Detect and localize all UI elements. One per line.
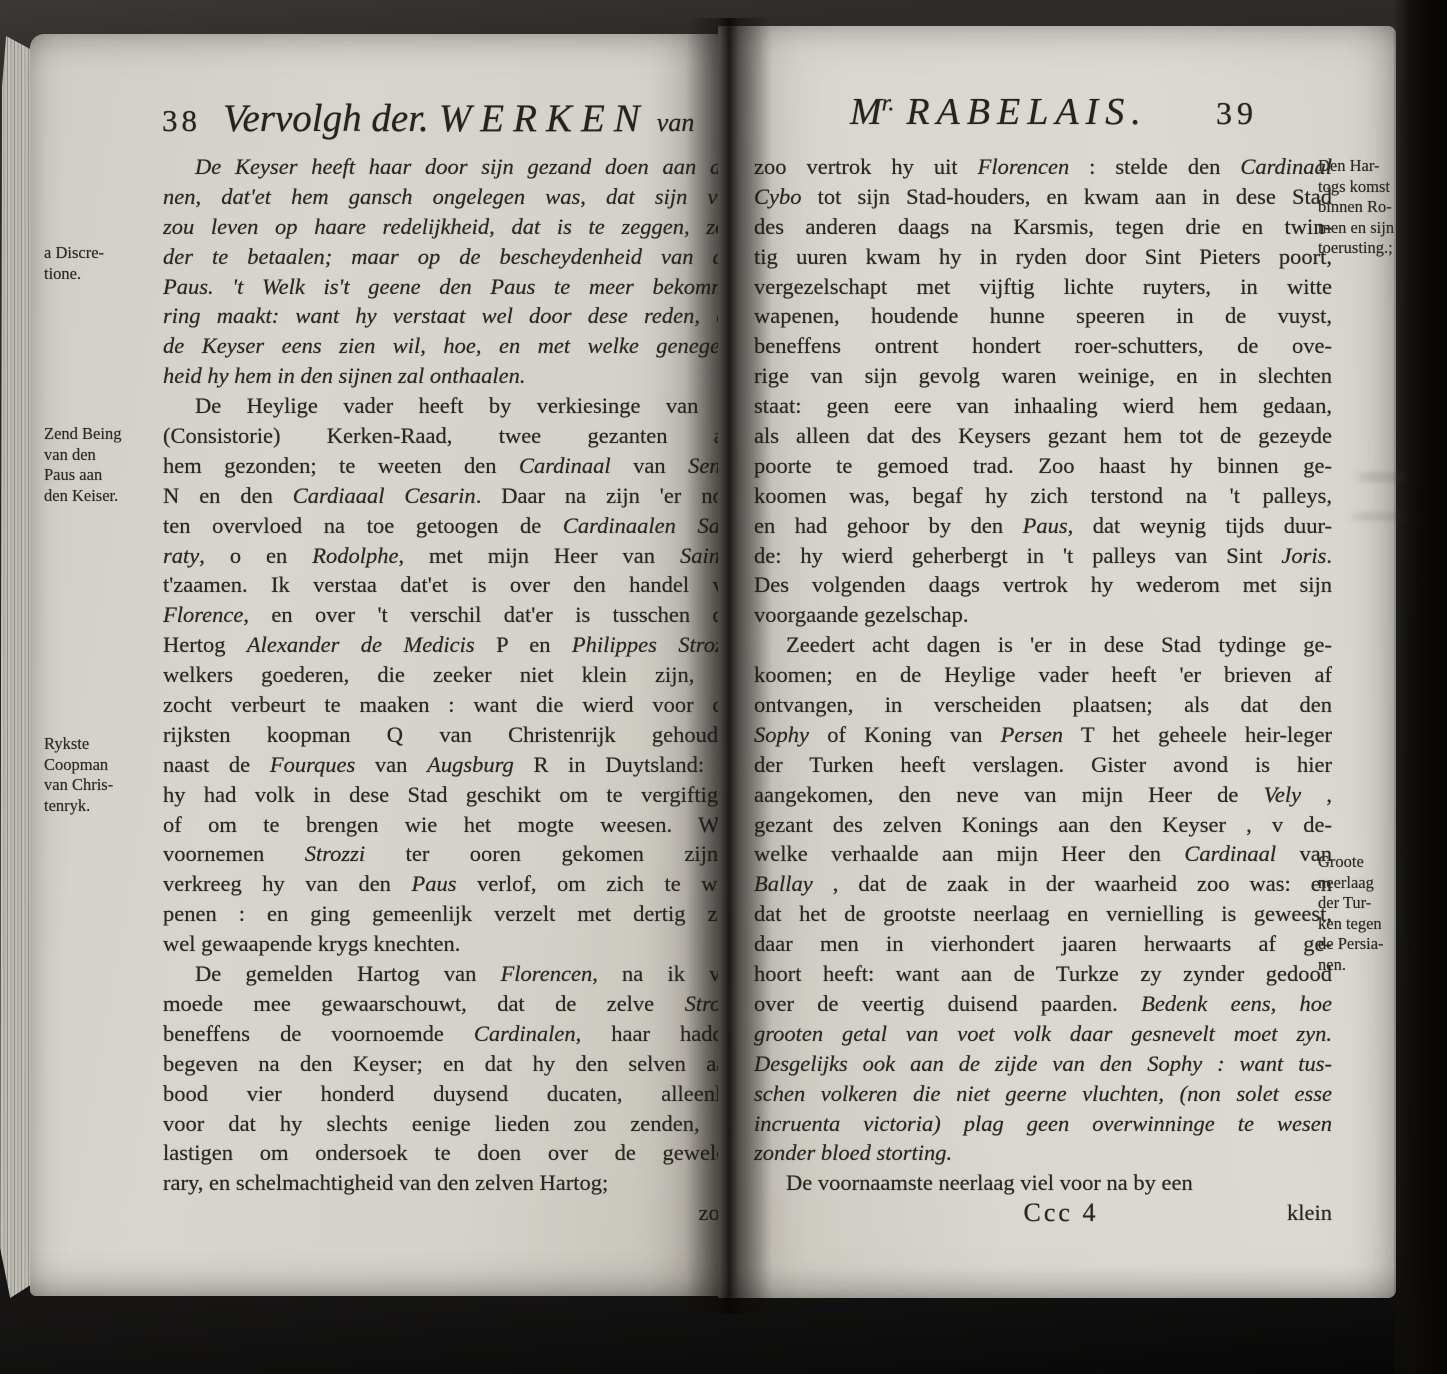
text-line: grooten getal van voet volk daar gesneve… — [754, 1019, 1332, 1049]
text-line: Florence, en over 't verschil dat'er is … — [163, 600, 745, 630]
text-line: voor dat hy slechts eenige lieden zou ze… — [163, 1109, 745, 1139]
text-line: zocht verbeurt te maaken : want die wier… — [163, 690, 745, 720]
right-page: Mr. RABELAIS. 39 zoo vertrok hy uit Flor… — [718, 26, 1396, 1298]
book-right-edge — [1394, 0, 1447, 1374]
paragraph: Zeedert acht dagen is 'er in dese Stad t… — [754, 630, 1332, 1168]
text-line: incruenta victoria) plag geen overwinnin… — [754, 1109, 1332, 1139]
text-line: vergezelschapt met vijftig lichte ruyter… — [754, 272, 1332, 302]
running-title-right-caps: RABELAIS. — [906, 90, 1147, 134]
left-text-column: De Keyser heeft haar door sijn gezand do… — [163, 152, 745, 1228]
text-line: voorgaande gezelschap. — [754, 600, 1332, 630]
right-paragraphs: zoo vertrok hy uit Florencen : stelde de… — [754, 152, 1332, 1198]
signature-mark: Ccc 4 — [1024, 1198, 1099, 1228]
book-page-edges — [0, 36, 34, 1298]
text-line: schen volkeren die niet geerne vluchten,… — [754, 1079, 1332, 1109]
text-line: rige van sijn gevolg waren weinige, en i… — [754, 361, 1332, 391]
text-line: of om te brengen wie het mogte weesen. W… — [163, 810, 745, 840]
left-running-header: 38 Vervolgh der. WERKEN van — [162, 96, 748, 141]
page-number-right: 39 — [1216, 95, 1258, 132]
text-line: naast de Fourques van Augsburg R in Duyt… — [163, 750, 745, 780]
text-line: hem gezonden; te weeten den Cardinaal va… — [163, 451, 745, 481]
text-line: Paus. 't Welk is't geene den Paus te mee… — [163, 272, 745, 302]
paragraph: zoo vertrok hy uit Florencen : stelde de… — [754, 152, 1332, 630]
left-page: 38 Vervolgh der. WERKEN van De Keyser he… — [30, 34, 718, 1296]
text-line: beneffens ontrent hondert roer-schutters… — [754, 331, 1332, 361]
text-line: des anderen daags na Karsmis, tegen drie… — [754, 212, 1332, 242]
text-line: zonder bloed storting. — [754, 1138, 1332, 1168]
text-line: wel gewaapende krygs knechten. — [163, 929, 745, 959]
text-line: staat: geen eere van inhaaling wierd hem… — [754, 391, 1332, 421]
text-line: ring maakt: want hy verstaat wel door de… — [163, 301, 745, 331]
text-line: der Turken heeft verslagen. Gister avond… — [754, 750, 1332, 780]
left-catchword-row: zoo — [163, 1198, 745, 1228]
paragraph: De voornaamste neerlaag viel voor na by … — [754, 1168, 1332, 1198]
text-line: De Heylige vader heeft by verkiesinge va… — [163, 391, 745, 421]
text-line: penen : en ging gemeenlijk verzelt met d… — [163, 899, 745, 929]
text-line: Cybo tot sijn Stad-houders, en kwam aan … — [754, 182, 1332, 212]
text-line: daar men in vierhondert jaaren herwaarts… — [754, 929, 1332, 959]
text-line: Desgelijks ook aan de zijde van den Soph… — [754, 1049, 1332, 1079]
text-line: rary, en schelmachtigheid van den zelven… — [163, 1168, 745, 1198]
text-line: tig uuren kwam hy in ryden door Sint Pie… — [754, 242, 1332, 272]
margin-note: a Discre-tione. — [44, 243, 166, 284]
text-line: nen, dat'et hem gansch ongelegen was, da… — [163, 182, 745, 212]
text-line: hoort heeft: want aan de Turkze zy zynde… — [754, 959, 1332, 989]
text-line: der te betaalen; maar op de bescheydenhe… — [163, 242, 745, 272]
text-line: Hertog Alexander de Medicis P en Philipp… — [163, 630, 745, 660]
text-line: raty, o en Rodolphe, met mijn Heer van S… — [163, 541, 745, 571]
text-line: koomen; en de Heylige vader heeft 'er br… — [754, 660, 1332, 690]
text-line: zoo vertrok hy uit Florencen : stelde de… — [754, 152, 1332, 182]
text-line: aangekomen, den neve van mijn Heer de Ve… — [754, 780, 1332, 810]
right-text-column: zoo vertrok hy uit Florencen : stelde de… — [754, 152, 1332, 1228]
text-line: rijksten koopman Q van Christenrijk geho… — [163, 720, 745, 750]
running-title-left-caps: WERKEN — [439, 96, 649, 141]
running-title-left-part2: van — [657, 108, 695, 138]
text-line: hy had volk in dese Stad geschikt om te … — [163, 780, 745, 810]
text-line: lastigen om ondersoek te doen over de ge… — [163, 1138, 745, 1168]
text-line: voornemen Strozzi ter ooren gekomen zijn… — [163, 839, 745, 869]
text-line: wapenen, houdende hunne speeren in de vu… — [754, 301, 1332, 331]
running-title-left-part1: Vervolgh der. — [223, 96, 429, 141]
text-line: en had gehoor by den Paus, dat weynig ti… — [754, 511, 1332, 541]
text-line: zou leven op haare redelijkheid, dat is … — [163, 212, 745, 242]
left-paragraphs: De Keyser heeft haar door sijn gezand do… — [163, 152, 745, 1198]
text-line: De gemelden Hartog van Florencen, na ik … — [163, 959, 745, 989]
text-line: verkreeg hy van den Paus verlof, om zich… — [163, 869, 745, 899]
text-line: welkers goederen, die zeeker niet klein … — [163, 660, 745, 690]
text-line: Sophy of Koning van Persen T het geheele… — [754, 720, 1332, 750]
text-line: Zeedert acht dagen is 'er in dese Stad t… — [754, 630, 1332, 660]
text-line: beneffens de voornoemde Cardinalen, haar… — [163, 1019, 745, 1049]
text-line: heid hy hem in den sijnen zal onthaalen. — [163, 361, 745, 391]
text-line: t'zaamen. Ik verstaa dat'et is over den … — [163, 570, 745, 600]
text-line: Des volgenden daags vertrok hy wederom m… — [754, 570, 1332, 600]
text-line: over de veertig duisend paarden. Bedenk … — [754, 989, 1332, 1019]
text-line: De voornaamste neerlaag viel voor na by … — [754, 1168, 1332, 1198]
text-line: begeven na den Keyser; en dat hy den sel… — [163, 1049, 745, 1079]
text-line: N en den Cardiaaal Cesarin. Daar na zijn… — [163, 481, 745, 511]
text-line: moede mee gewaarschouwt, dat de zelve St… — [163, 989, 745, 1019]
text-line: De Keyser heeft haar door sijn gezand do… — [163, 152, 745, 182]
text-line: poorte te gemoed trad. Zoo haast hy binn… — [754, 451, 1332, 481]
paragraph: De gemelden Hartog van Florencen, na ik … — [163, 959, 745, 1198]
margin-note: Zend Beingvan denPaus aanden Keiser. — [44, 424, 166, 506]
text-line: Ballay , dat de zaak in der waarheid zoo… — [754, 869, 1332, 899]
text-line: (Consistorie) Kerken-Raad, twee gezanten… — [163, 421, 745, 451]
text-line: koomen was, begaf hy zich terstond na 't… — [754, 481, 1332, 511]
text-line: gezant des zelven Konings aan den Keyser… — [754, 810, 1332, 840]
text-line: ten overvloed na toe getoogen de Cardina… — [163, 511, 745, 541]
page-number-left: 38 — [162, 103, 201, 139]
paragraph: De Keyser heeft haar door sijn gezand do… — [163, 152, 745, 391]
text-line: dat het de grootste neerlaag en verniell… — [754, 899, 1332, 929]
text-line: bood vier honderd duysend ducaten, allee… — [163, 1079, 745, 1109]
margin-note: RyksteCoopmanvan Chris-tenryk. — [44, 734, 166, 816]
text-line: als alleen dat des Keysers gezant hem to… — [754, 421, 1332, 451]
text-line: welke verhaalde aan mijn Heer den Cardin… — [754, 839, 1332, 869]
text-line: ontvangen, in verscheiden plaatsen; als … — [754, 690, 1332, 720]
signature-row: Ccc 4 klein — [754, 1198, 1332, 1228]
text-line: de Keyser eens zien wil, hoe, en met wel… — [163, 331, 745, 361]
paragraph: De Heylige vader heeft by verkiesinge va… — [163, 391, 745, 959]
catchword-right: klein — [1287, 1198, 1332, 1228]
book-photo: 38 Vervolgh der. WERKEN van De Keyser he… — [0, 0, 1447, 1374]
text-line: de: hy wierd geherbergt in 't palleys va… — [754, 541, 1332, 571]
right-running-header: Mr. RABELAIS. 39 — [754, 90, 1336, 134]
running-title-right-abbr: Mr. — [850, 90, 894, 134]
